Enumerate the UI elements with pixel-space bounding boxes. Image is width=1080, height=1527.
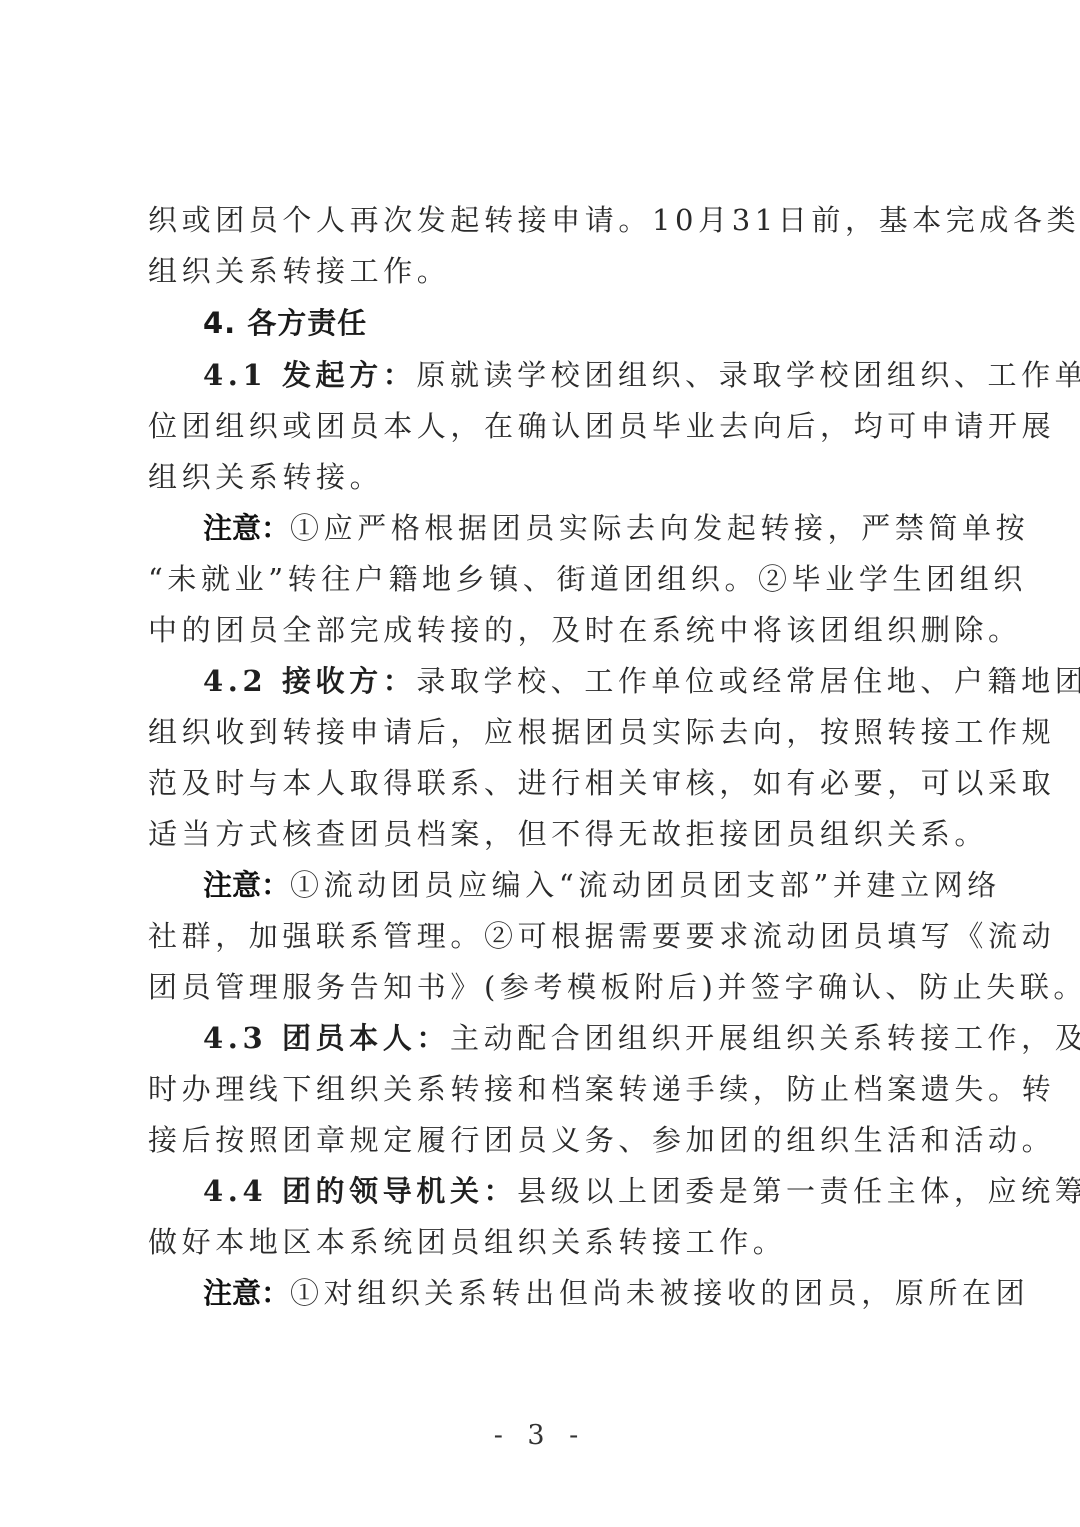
paragraph-line: 位团组织或团员本人，在确认团员毕业去向后，均可申请开展 <box>148 409 938 443</box>
subsection-lead: 4.4 团的领导机关： <box>203 1174 517 1208</box>
paragraph-line: 4.3 团员本人：主动配合团组织开展组织关系转接工作，及 <box>203 1021 938 1055</box>
text: ①对组织关系转出但尚未被接收的团员，原所在团 <box>290 1276 1029 1310</box>
paragraph-line: 织或团员个人再次发起转接申请。10月31日前，基本完成各类 <box>148 203 938 237</box>
paragraph-line: 组织关系转接。 <box>148 460 938 494</box>
note-line: 注意：①应严格根据团员实际去向发起转接，严禁简单按 <box>203 511 938 545</box>
paragraph-line: 适当方式核查团员档案，但不得无故拒接团员组织关系。 <box>148 817 938 851</box>
paragraph-line: 组织收到转接申请后，应根据团员实际去向，按照转接工作规 <box>148 715 938 749</box>
paragraph-line: 4.2 接收方：录取学校、工作单位或经常居住地、户籍地团 <box>203 664 938 698</box>
text: 县级以上团委是第一责任主体，应统筹 <box>517 1174 1080 1208</box>
paragraph-line: 范及时与本人取得联系、进行相关审核，如有必要，可以采取 <box>148 766 938 800</box>
document-page: 织或团员个人再次发起转接申请。10月31日前，基本完成各类 组织关系转接工作。 … <box>0 0 1080 1527</box>
text: ①应严格根据团员实际去向发起转接，严禁简单按 <box>290 511 1029 545</box>
paragraph-line: 团员管理服务告知书》(参考模板附后)并签字确认、防止失联。 <box>148 970 938 1004</box>
note-line: 注意：①对组织关系转出但尚未被接收的团员，原所在团 <box>203 1276 938 1310</box>
note-label: 注意： <box>203 1276 290 1310</box>
paragraph-line: 4.4 团的领导机关：县级以上团委是第一责任主体，应统筹 <box>203 1174 938 1208</box>
text: 原就读学校团组织、录取学校团组织、工作单 <box>416 358 1080 392</box>
note-label: 注意： <box>203 868 290 902</box>
section-heading: 4. 各方责任 <box>203 306 938 340</box>
text: 主动配合团组织开展组织关系转接工作，及 <box>450 1021 1080 1055</box>
page-number: - 3 - <box>0 1420 1080 1451</box>
subsection-lead: 4.3 团员本人： <box>203 1021 450 1055</box>
paragraph-line: 中的团员全部完成转接的，及时在系统中将该团组织删除。 <box>148 613 938 647</box>
note-line: 注意：①流动团员应编入“流动团员团支部”并建立网络 <box>203 868 938 902</box>
paragraph-line: 做好本地区本系统团员组织关系转接工作。 <box>148 1225 938 1259</box>
paragraph-line: 接后按照团章规定履行团员义务、参加团的组织生活和活动。 <box>148 1123 938 1157</box>
note-label: 注意： <box>203 511 290 545</box>
subsection-lead: 4.1 发起方： <box>203 358 416 392</box>
paragraph-line: 时办理线下组织关系转接和档案转递手续，防止档案遗失。转 <box>148 1072 938 1106</box>
text: 录取学校、工作单位或经常居住地、户籍地团 <box>416 664 1080 698</box>
paragraph-line: 社群，加强联系管理。②可根据需要要求流动团员填写《流动 <box>148 919 938 953</box>
paragraph-line: “未就业”转往户籍地乡镇、街道团组织。②毕业学生团组织 <box>148 562 938 596</box>
subsection-lead: 4.2 接收方： <box>203 664 416 698</box>
paragraph-line: 4.1 发起方：原就读学校团组织、录取学校团组织、工作单 <box>203 358 938 392</box>
text: ①流动团员应编入“流动团员团支部”并建立网络 <box>290 868 1001 902</box>
paragraph-line: 组织关系转接工作。 <box>148 254 938 288</box>
